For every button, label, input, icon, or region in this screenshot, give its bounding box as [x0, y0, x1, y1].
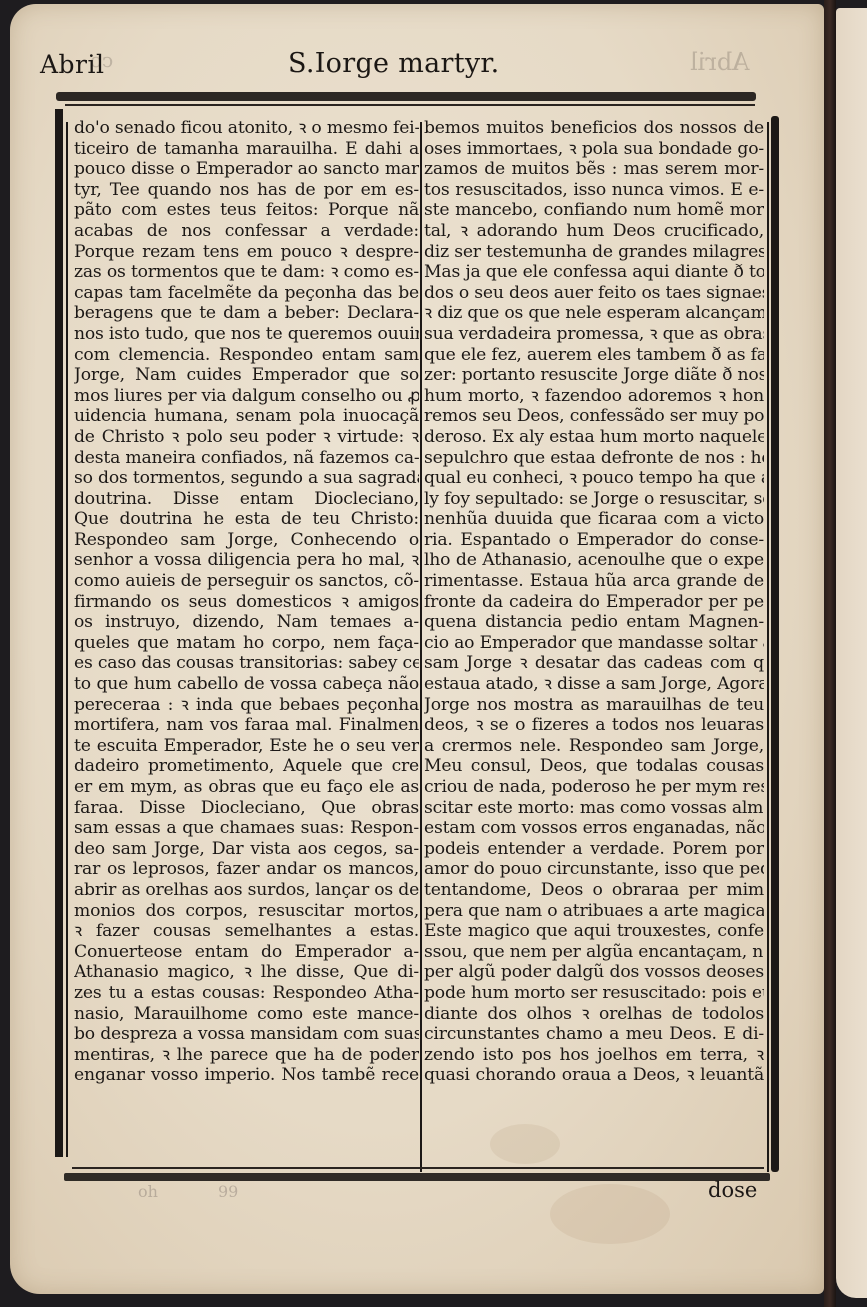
text-line: deroso. Ex aly estaa hum morto naquele: [424, 427, 764, 448]
text-line: nenhũa duuida que ficaraa com a victo: [424, 509, 764, 530]
text-line: remos seu Deos, confessãdo ser muy po: [424, 406, 764, 427]
text-line: te escuita Emperador, Este he o seu ver: [74, 736, 419, 757]
showthrough-text: 99: [218, 1182, 238, 1201]
text-line: Conuerteose entam do Emperador a-: [74, 942, 419, 963]
text-line: zamos de muitos bẽs : mas serem mor-: [424, 159, 764, 180]
text-line: deos, ꝛ se o fizeres a todos nos leuaras: [424, 715, 764, 736]
text-line: ꝛ diz que os que nele esperam alcançam: [424, 303, 764, 324]
text-line: zes tu a estas cousas: Respondeo Atha-: [74, 983, 419, 1004]
text-line: do'o senado ficou atonito, ꝛ o mesmo fei…: [74, 118, 419, 139]
top-border-rule-thin: [65, 104, 755, 106]
text-line: bemos muitos beneficios dos nossos de: [424, 118, 764, 139]
text-line: mentiras, ꝛ lhe parece que ha de poder: [74, 1045, 419, 1066]
text-line: ly foy sepultado: se Jorge o resuscitar,…: [424, 489, 764, 510]
text-line: ssou, que nem per algũa encantaçam, nẽ: [424, 942, 764, 963]
text-line: diante dos olhos ꝛ orelhas de todolos: [424, 1004, 764, 1025]
text-line: ste mancebo, confiando num homẽ mor: [424, 200, 764, 221]
text-line: fronte da cadeira do Emperador per pe: [424, 592, 764, 613]
text-line: sua verdadeira promessa, ꝛ que as obras: [424, 324, 764, 345]
text-line: Athanasio magico, ꝛ lhe disse, Que di-: [74, 962, 419, 983]
running-head-month: Abril: [40, 50, 105, 79]
page-header: co Abril S.Iorge martyr. Abril: [10, 48, 824, 88]
text-line: criou de nada, poderoso he per mym resu: [424, 777, 764, 798]
text-line: desta maneira confiados, nã fazemos ca-: [74, 448, 419, 469]
showthrough-text: Abril: [690, 48, 750, 76]
text-line: to que hum cabello de vossa cabeça não: [74, 674, 419, 695]
text-line: circunstantes chamo a meu Deos. E di-: [424, 1024, 764, 1045]
text-line: de Christo ꝛ polo seu poder ꝛ virtude: ꝛ: [74, 427, 419, 448]
text-line: pode hum morto ser resuscitado: pois eu: [424, 983, 764, 1004]
text-line: lho de Athanasio, acenoulhe que o expe: [424, 550, 764, 571]
paper-stain: [550, 1184, 670, 1244]
text-line: Meu consul, Deos, que todalas cousas: [424, 756, 764, 777]
text-line: sam essas a que chamaes suas: Respon-: [74, 818, 419, 839]
text-line: acabas de nos confessar a verdade:: [74, 221, 419, 242]
text-line: amor do pouo circunstante, isso que pedi…: [424, 859, 764, 880]
text-column-right: bemos muitos beneficios dos nossos deose…: [424, 118, 764, 1086]
text-line: qual eu conheci, ꝛ pouco tempo ha que a: [424, 468, 764, 489]
text-line: zas os tormentos que te dam: ꝛ como es-: [74, 262, 419, 283]
text-line: como auieis de perseguir os sanctos, cõ-: [74, 571, 419, 592]
text-line: oses immortaes, ꝛ pola sua bondade go-: [424, 139, 764, 160]
text-line: nos isto tudo, que nos te queremos ouuir: [74, 324, 419, 345]
text-line: diz ser testemunha de grandes milagres.: [424, 242, 764, 263]
text-line: so dos tormentos, segundo a sua sagrada: [74, 468, 419, 489]
text-line: zendo isto pos hos joelhos em terra, ꝛ: [424, 1045, 764, 1066]
text-line: queles que matam ho corpo, nem faça-: [74, 633, 419, 654]
book-page: co Abril S.Iorge martyr. Abril do'o sena…: [10, 4, 824, 1294]
text-line: tentandome, Deos o obraraa per mim: [424, 880, 764, 901]
text-line: pereceraa : ꝛ inda que bebaes peçonha: [74, 695, 419, 716]
text-line: er em mym, as obras que eu faço ele as: [74, 777, 419, 798]
text-line: bo despreza a vossa mansidam com suas: [74, 1024, 419, 1045]
column-divider: [420, 122, 422, 1172]
text-line: Jorge nos mostra as marauilhas de teu: [424, 695, 764, 716]
text-line: pãto com estes teus feitos: Porque nã: [74, 200, 419, 221]
text-line: scitar este morto: mas como vossas almas: [424, 798, 764, 819]
showthrough-text: oh: [138, 1182, 158, 1201]
text-line: rimentasse. Estaua hũa arca grande de: [424, 571, 764, 592]
left-border-rule: [55, 109, 63, 1157]
left-border-rule-thin: [66, 122, 68, 1157]
text-line: quena distancia pedio entam Magnen-: [424, 612, 764, 633]
text-line: faraa. Disse Diocleciano, Que obras: [74, 798, 419, 819]
text-line: per algũ poder dalgũ dos vossos deoses: [424, 962, 764, 983]
text-line: ticeiro de tamanha marauilha. E dahi a: [74, 139, 419, 160]
text-line: nasio, Marauilhome como este mance-: [74, 1004, 419, 1025]
text-line: beragens que te dam a beber: Declara-: [74, 303, 419, 324]
text-line: deo sam Jorge, Dar vista aos cegos, sa-: [74, 839, 419, 860]
bottom-border-rule-thin: [72, 1167, 764, 1169]
text-line: ria. Espantado o Emperador do conse-: [424, 530, 764, 551]
text-line: tos resuscitados, isso nunca vimos. E e-: [424, 180, 764, 201]
text-line: estam com vossos erros enganadas, não: [424, 818, 764, 839]
text-line: zer: portanto resuscite Jorge diãte ð no…: [424, 365, 764, 386]
facing-page-edge: [836, 8, 867, 1298]
text-column-left: do'o senado ficou atonito, ꝛ o mesmo fei…: [74, 118, 419, 1086]
text-line: dos o seu deos auer feito os taes signae…: [424, 283, 764, 304]
text-line: Jorge, Nam cuides Emperador que so: [74, 365, 419, 386]
text-line: sepulchro que estaa defronte de nos : ho: [424, 448, 764, 469]
text-line: Este magico que aqui trouxestes, confe: [424, 921, 764, 942]
text-line: capas tam facelmẽte da peçonha das be: [74, 283, 419, 304]
text-line: Respondeo sam Jorge, Conhecendo o: [74, 530, 419, 551]
text-line: mos liures per via dalgum conselho ou ꝓ: [74, 386, 419, 407]
text-line: doutrina. Disse entam Diocleciano,: [74, 489, 419, 510]
text-line: tyr, Tee quando nos has de por em es-: [74, 180, 419, 201]
text-line: Mas ja que ele confessa aqui diante ð to: [424, 262, 764, 283]
text-line: abrir as orelhas aos surdos, lançar os d…: [74, 880, 419, 901]
right-border-rule: [771, 116, 779, 1172]
text-line: uidencia humana, senam pola inuocaçã: [74, 406, 419, 427]
text-line: com clemencia. Respondeo entam sam: [74, 345, 419, 366]
text-line: enganar vosso imperio. Nos tambẽ rece: [74, 1065, 419, 1086]
text-line: firmando os seus domesticos ꝛ amigos: [74, 592, 419, 613]
text-line: es caso das cousas transitorias: sabey c…: [74, 653, 419, 674]
text-line: Que doutrina he esta de teu Christo:: [74, 509, 419, 530]
text-line: rar os leprosos, fazer andar os mancos,: [74, 859, 419, 880]
text-line: pera que nam o atribuaes a arte magica.: [424, 901, 764, 922]
text-line: hum morto, ꝛ fazendoo adoremos ꝛ hon: [424, 386, 764, 407]
text-line: pouco disse o Emperador ao sancto mar: [74, 159, 419, 180]
catchword: dose: [708, 1178, 757, 1202]
text-line: dadeiro prometimento, Aquele que cre: [74, 756, 419, 777]
text-line: Porque rezam tens em pouco ꝛ despre-: [74, 242, 419, 263]
text-line: cio ao Emperador que mandasse soltar a: [424, 633, 764, 654]
right-border-rule-thin: [767, 122, 769, 1172]
text-line: os instruyo, dizendo, Nam temaes a-: [74, 612, 419, 633]
paper-stain: [490, 1124, 560, 1164]
text-line: senhor a vossa diligencia pera ho mal, ꝛ: [74, 550, 419, 571]
text-line: ꝛ fazer cousas semelhantes a estas.: [74, 921, 419, 942]
text-line: tal, ꝛ adorando hum Deos crucificado,: [424, 221, 764, 242]
page-title: S.Iorge martyr.: [288, 48, 500, 79]
bottom-border-rule: [64, 1173, 770, 1181]
top-border-rule: [56, 92, 756, 101]
text-line: que ele fez, auerem eles tambem ð as fa: [424, 345, 764, 366]
text-line: monios dos corpos, resuscitar mortos,: [74, 901, 419, 922]
text-line: estaua atado, ꝛ disse a sam Jorge, Agora: [424, 674, 764, 695]
text-line: podeis entender a verdade. Porem por: [424, 839, 764, 860]
text-line: a crermos nele. Respondeo sam Jorge,: [424, 736, 764, 757]
text-line: quasi chorando oraua a Deos, ꝛ leuantã: [424, 1065, 764, 1086]
text-line: mortifera, nam vos faraa mal. Finalmen: [74, 715, 419, 736]
book-gutter: [824, 0, 836, 1307]
text-line: sam Jorge ꝛ desatar das cadeas com q: [424, 653, 764, 674]
